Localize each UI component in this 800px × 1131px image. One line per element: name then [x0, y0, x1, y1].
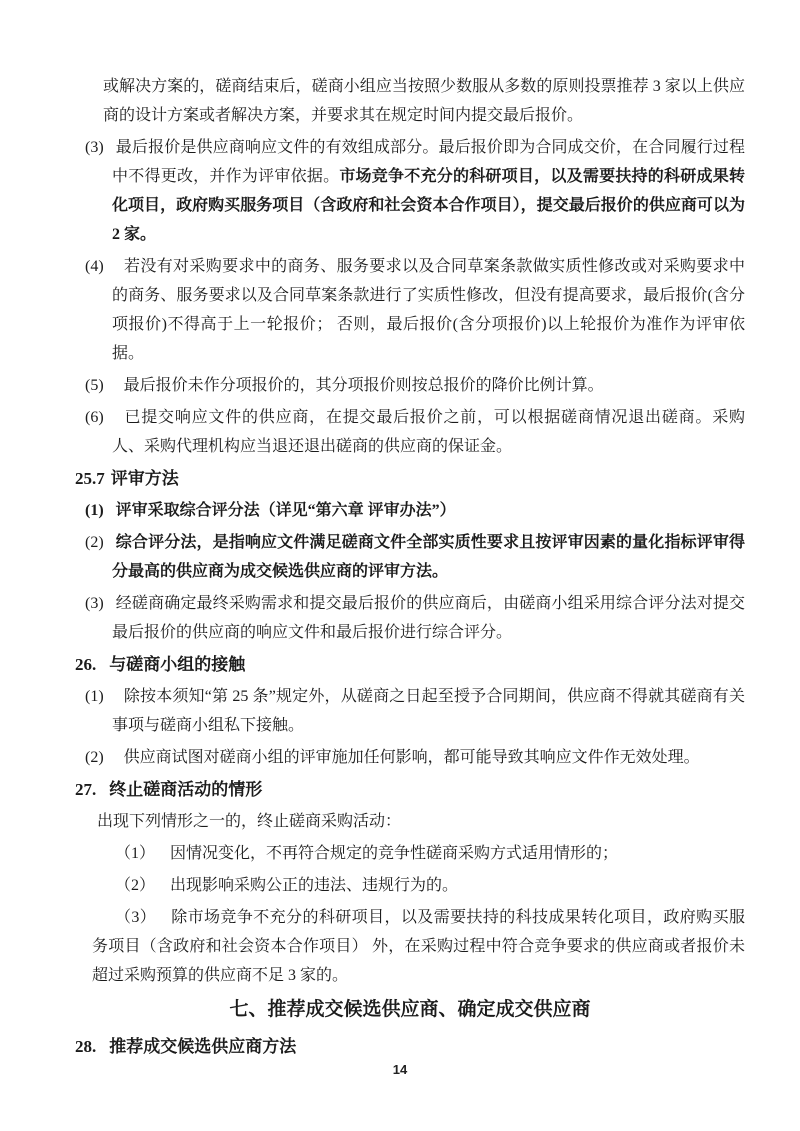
heading-title: 推荐成交候选供应商方法 [109, 1037, 296, 1056]
item-number: （1） [115, 845, 155, 862]
item-text: 因情况变化，不再符合规定的竞争性磋商采购方式适用情形的； [170, 845, 618, 862]
item-number: (2) [85, 534, 104, 551]
list-item-26-2: (2)供应商试图对磋商小组的评审施加任何影响，都可能导致其响应文件作无效处理。 [85, 743, 745, 772]
page-number: 14 [0, 1062, 800, 1077]
item-text: 出现影响采购公正的违法、违规行为的。 [170, 877, 458, 894]
document-page: 或解决方案的，磋商结束后，磋商小组应当按照少数服从多数的原则投票推荐 3 家以上… [0, 0, 800, 1131]
item-text: 经磋商确定最终采购需求和提交最后报价的供应商后，由磋商小组采用综合评分法对提交最… [112, 595, 745, 641]
section-heading-28: 28.推荐成交候选供应商方法 [75, 1032, 745, 1061]
item-number: (3) [85, 139, 104, 156]
list-item-27-1: （1）因情况变化，不再符合规定的竞争性磋商采购方式适用情形的； [115, 839, 745, 868]
section-heading-25-7: 25.7评审方法 [75, 464, 745, 493]
list-item-25-7-3: (3)经磋商确定最终采购需求和提交最后报价的供应商后，由磋商小组采用综合评分法对… [85, 589, 745, 647]
list-item-25-4: (4)若没有对采购要求中的商务、服务要求以及合同草案条款做实质性修改或对采购要求… [85, 252, 745, 368]
item-number: (6) [85, 409, 104, 426]
heading-number: 26. [75, 655, 96, 674]
item-number: (3) [85, 595, 104, 612]
list-item-27-2: （2）出现影响采购公正的违法、违规行为的。 [115, 871, 745, 900]
heading-title: 终止磋商活动的情形 [109, 780, 262, 799]
list-item-25-6: (6)已提交响应文件的供应商，在提交最后报价之前，可以根据磋商情况退出磋商。采购… [85, 403, 745, 461]
list-item-26-1: (1)除按本须知“第 25 条”规定外，从磋商之日起至授予合同期间，供应商不得就… [85, 682, 745, 740]
list-item-25-3: (3)最后报价是供应商响应文件的有效组成部分。最后报价即为合同成交价，在合同履行… [85, 133, 745, 249]
section-heading-27: 27.终止磋商活动的情形 [75, 775, 745, 804]
item-number: （3） [115, 909, 156, 926]
heading-title: 评审方法 [111, 469, 179, 488]
item-number: （2） [115, 877, 155, 894]
list-item-25-7-2: (2)综合评分法，是指响应文件满足磋商文件全部实质性要求且按评审因素的量化指标评… [85, 528, 745, 586]
item-text: 若没有对采购要求中的商务、服务要求以及合同草案条款做实质性修改或对采购要求中的商… [112, 258, 745, 362]
section-heading-26: 26.与磋商小组的接触 [75, 650, 745, 679]
item-number: (4) [85, 258, 104, 275]
item-text: 除市场竞争不充分的科研项目，以及需要扶持的科技成果转化项目，政府购买服务项目（含… [92, 909, 745, 984]
paragraph-continuation: 或解决方案的，磋商结束后，磋商小组应当按照少数服从多数的原则投票推荐 3 家以上… [103, 72, 745, 130]
list-item-27-3: （3）除市场竞争不充分的科研项目，以及需要扶持的科技成果转化项目，政府购买服务项… [92, 903, 745, 990]
item-number: (1) [85, 502, 104, 519]
heading-number: 25.7 [75, 469, 105, 488]
heading-number: 27. [75, 780, 96, 799]
chapter-heading: 七、推荐成交候选供应商、确定成交供应商 [75, 993, 745, 1027]
item-text-bold: 评审采取综合评分法（详见“第六章 评审办法”） [116, 502, 456, 519]
item-text: 除按本须知“第 25 条”规定外，从磋商之日起至授予合同期间，供应商不得就其磋商… [112, 688, 745, 734]
item-text: 供应商试图对磋商小组的评审施加任何影响，都可能导致其响应文件作无效处理。 [124, 749, 700, 766]
item-text-bold: 综合评分法，是指响应文件满足磋商文件全部实质性要求且按评审因素的量化指标评审得分… [112, 534, 745, 580]
list-item-25-7-1: (1)评审采取综合评分法（详见“第六章 评审办法”） [85, 496, 745, 525]
item-number: (5) [85, 377, 104, 394]
item-number: (2) [85, 749, 104, 766]
section-lead: 出现下列情形之一的，终止磋商采购活动： [97, 807, 745, 836]
item-text: 最后报价未作分项报价的，其分项报价则按总报价的降价比例计算。 [124, 377, 604, 394]
item-text: 已提交响应文件的供应商，在提交最后报价之前，可以根据磋商情况退出磋商。采购人、采… [112, 409, 745, 455]
heading-title: 与磋商小组的接触 [109, 655, 245, 674]
item-number: (1) [85, 688, 104, 705]
list-item-25-5: (5)最后报价未作分项报价的，其分项报价则按总报价的降价比例计算。 [85, 371, 745, 400]
heading-number: 28. [75, 1037, 96, 1056]
